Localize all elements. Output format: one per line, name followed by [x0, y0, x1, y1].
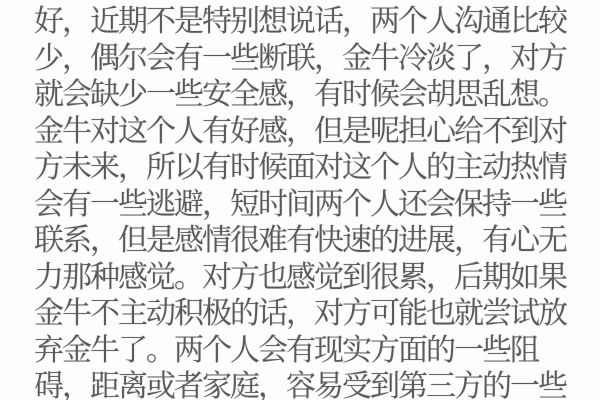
text-line: 少，偶尔会有一些断联，金牛冷淡了，对方	[34, 41, 580, 78]
text-line: 碍，距离或者家庭，容易受到第三方的一些	[34, 369, 580, 400]
paragraph: 好，近期不是特别想说话，两个人沟通比较 少，偶尔会有一些断联，金牛冷淡了，对方 …	[34, 4, 580, 400]
text-line: 弃金牛了。两个人会有现实方面的一些阻	[34, 333, 580, 370]
text-line: 会有一些逃避，短时间两个人还会保持一些	[34, 187, 580, 224]
text-line: 金牛不主动积极的话，对方可能也就尝试放	[34, 296, 580, 333]
text-line: 金牛对这个人有好感，但是呢担心给不到对	[34, 114, 580, 151]
text-page: 好，近期不是特别想说话，两个人沟通比较 少，偶尔会有一些断联，金牛冷淡了，对方 …	[0, 0, 600, 400]
text-line: 好，近期不是特别想说话，两个人沟通比较	[34, 4, 580, 41]
text-line: 方未来，所以有时候面对这个人的主动热情	[34, 150, 580, 187]
text-line: 就会缺少一些安全感，有时候会胡思乱想。	[34, 77, 580, 114]
text-line: 力那种感觉。对方也感觉到很累，后期如果	[34, 260, 580, 297]
text-line: 联系，但是感情很难有快速的进展，有心无	[34, 223, 580, 260]
